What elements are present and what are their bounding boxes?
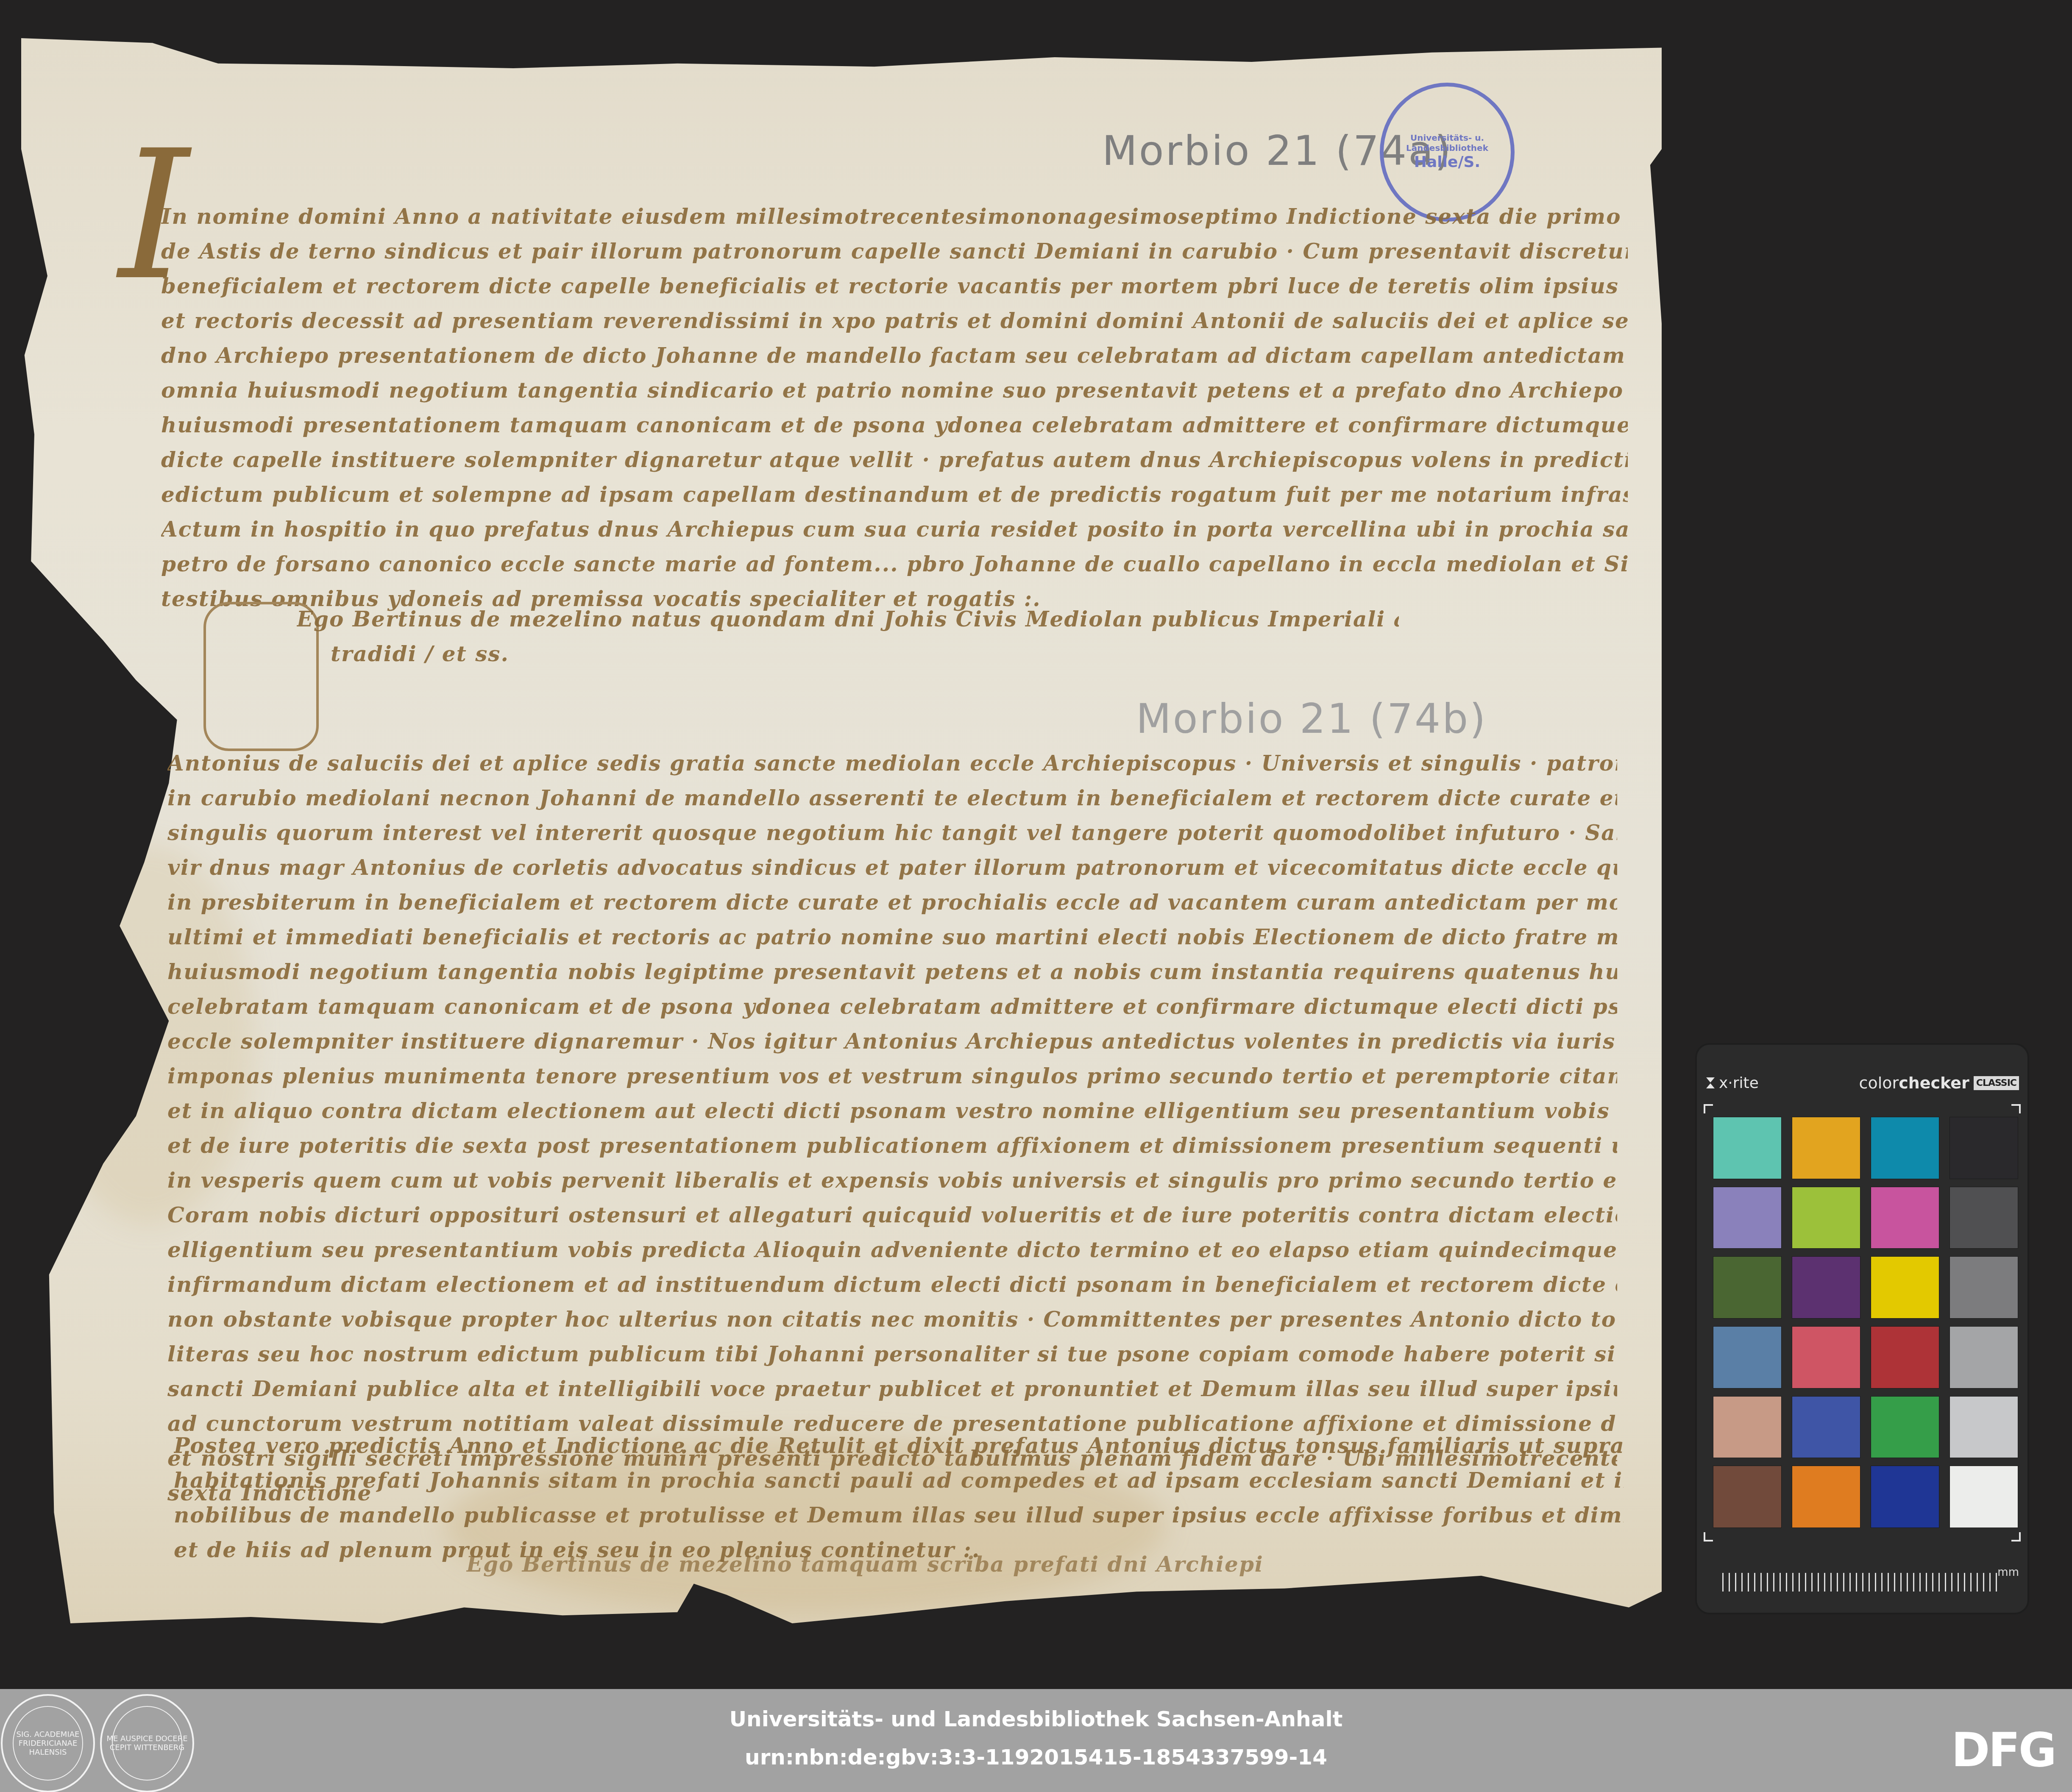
text-line: infirmandum dictam electionem et ad inst…	[167, 1267, 1617, 1302]
color-patch	[1792, 1466, 1860, 1528]
text-line: singulis quorum interest vel intererit q…	[167, 815, 1617, 850]
product-name-bold: checker	[1899, 1074, 1969, 1092]
library-footer: SIG. ACADEMIAE FRIDERICIANAE HALENSIS ME…	[0, 1689, 2072, 1792]
color-patch	[1871, 1187, 1939, 1249]
subscription-line: tradidi / et ss.	[297, 637, 1399, 671]
text-line: sancti Demiani publice alta et intelligi…	[167, 1372, 1617, 1406]
color-patch	[1871, 1396, 1939, 1458]
color-patch	[1949, 1187, 2018, 1249]
notary-subscription-a: Ego Bertinus de mezelino natus quondam d…	[297, 602, 1399, 671]
text-line: elligentium seu presentantium vobis pred…	[167, 1233, 1617, 1267]
color-patch	[1949, 1466, 2018, 1528]
charter-text-section-b: Antonius de saluciis dei et aplice sedis…	[167, 746, 1617, 1511]
ruler-unit-label: mm	[1997, 1566, 2019, 1579]
color-patch	[1949, 1396, 2018, 1458]
text-line: de Astis de terno sindicus et pair illor…	[161, 234, 1628, 269]
color-checker-header: x·rite colorchecker CLASSIC	[1705, 1070, 2019, 1096]
color-patch	[1792, 1326, 1860, 1389]
color-patch	[1713, 1256, 1782, 1319]
color-patch	[1949, 1326, 2018, 1389]
urn-identifier[interactable]: urn:nbn:de:gbv:3:3-1192015415-1854337599…	[0, 1745, 2072, 1770]
charter-text-section-a: In nomine domini Anno a nativitate eiusd…	[161, 199, 1628, 616]
crop-corner-icon	[2011, 1532, 2021, 1542]
text-line: in vesperis quem cum ut vobis pervenit l…	[167, 1163, 1617, 1198]
text-line: Actum in hospitio in quo prefatus dnus A…	[161, 512, 1628, 547]
color-patch	[1871, 1466, 1939, 1528]
text-line: et de iure poteritis die sexta post pres…	[167, 1128, 1617, 1163]
color-patch	[1792, 1117, 1860, 1179]
text-line: et rectoris decessit ad presentiam rever…	[161, 303, 1628, 338]
color-patch	[1713, 1396, 1782, 1458]
text-line: in carubio mediolani necnon Johanni de m…	[167, 781, 1617, 815]
dfg-logo: DFG	[1951, 1723, 2055, 1777]
text-line: vir dnus magr Antonius de corletis advoc…	[167, 850, 1617, 885]
text-line: habitationis prefati Johannis sitam in p…	[174, 1463, 1624, 1498]
text-line: huiusmodi negotium tangentia nobis legip…	[167, 954, 1617, 989]
color-patch-grid	[1710, 1113, 2022, 1532]
color-patch	[1871, 1326, 1939, 1389]
text-line: in presbiterum in beneficialem et rector…	[167, 885, 1617, 920]
color-patch	[1949, 1117, 2018, 1179]
text-line: Antonius de saluciis dei et aplice sedis…	[167, 746, 1617, 781]
color-patch	[1713, 1326, 1782, 1389]
stamp-ring-text: Universitäts- u. Landesbibliothek	[1384, 133, 1511, 153]
crop-corner-icon	[1704, 1104, 1713, 1113]
color-patch	[1792, 1396, 1860, 1458]
colorchecker-logo: colorchecker CLASSIC	[1859, 1074, 2019, 1092]
color-patch	[1713, 1466, 1782, 1528]
text-line: ultimi et immediati beneficialis et rect…	[167, 920, 1617, 954]
color-patch	[1949, 1256, 2018, 1319]
text-line: In nomine domini Anno a nativitate eiusd…	[161, 199, 1628, 234]
color-patch	[1871, 1256, 1939, 1319]
text-line: celebratam tamquam canonicam et de psona…	[167, 989, 1617, 1024]
xrite-logo: x·rite	[1705, 1074, 1759, 1092]
text-line: non obstante vobisque propter hoc ulteri…	[167, 1302, 1617, 1337]
stamp-center-text: Halle/S.	[1414, 153, 1480, 171]
text-line: dno Archiepo presentationem de dicto Joh…	[161, 338, 1628, 373]
text-line: et in aliquo contra dictam electionem au…	[167, 1094, 1617, 1128]
crop-corner-icon	[1704, 1532, 1713, 1542]
text-line: nobilibus de mandello publicasse et prot…	[174, 1498, 1624, 1533]
institution-name: Universitäts- und Landesbibliothek Sachs…	[0, 1707, 2072, 1731]
crop-corner-icon	[2011, 1104, 2021, 1113]
shelfmark-pencil-middle: Morbio 21 (74b)	[1136, 695, 1487, 743]
color-patch	[1713, 1117, 1782, 1179]
text-line: dicte capelle instituere solempniter dig…	[161, 442, 1628, 477]
xrite-brand-text: x·rite	[1719, 1074, 1759, 1092]
subscription-line: Ego Bertinus de mezelino natus quondam d…	[297, 602, 1399, 637]
text-line: Coram nobis dicturi opposituri ostensuri…	[167, 1198, 1617, 1233]
text-line: huiusmodi presentationem tamquam canonic…	[161, 408, 1628, 442]
text-line: petro de forsano canonico eccle sancte m…	[161, 547, 1628, 582]
product-name-light: color	[1859, 1074, 1899, 1092]
color-patch	[1871, 1117, 1939, 1179]
notary-subscription-b: Ego Bertinus de mezelino tamquam scriba …	[466, 1547, 1272, 1582]
text-line: omnia huiusmodi negotium tangentia sindi…	[161, 373, 1628, 408]
color-patch	[1792, 1256, 1860, 1319]
text-line: edictum publicum et solempne ad ipsam ca…	[161, 477, 1628, 512]
text-line: Postea vero predictis Anno et Indictione…	[174, 1428, 1624, 1463]
color-patch	[1792, 1187, 1860, 1249]
text-line: beneficialem et rectorem dicte capelle b…	[161, 269, 1628, 303]
text-line: eccle solempniter instituere dignaremur …	[167, 1024, 1617, 1059]
mm-ruler	[1722, 1573, 1998, 1592]
text-line: imponas plenius munimenta tenore present…	[167, 1059, 1617, 1094]
charter-text-section-c: Postea vero predictis Anno et Indictione…	[174, 1428, 1624, 1567]
subscription-line: Ego Bertinus de mezelino tamquam scriba …	[466, 1547, 1272, 1582]
color-checker-card: x·rite colorchecker CLASSIC mm	[1697, 1045, 2027, 1613]
text-line: literas seu hoc nostrum edictum publicum…	[167, 1337, 1617, 1372]
color-patch	[1713, 1187, 1782, 1249]
classic-badge: CLASSIC	[1974, 1076, 2019, 1090]
xrite-mark-icon	[1705, 1077, 1716, 1089]
